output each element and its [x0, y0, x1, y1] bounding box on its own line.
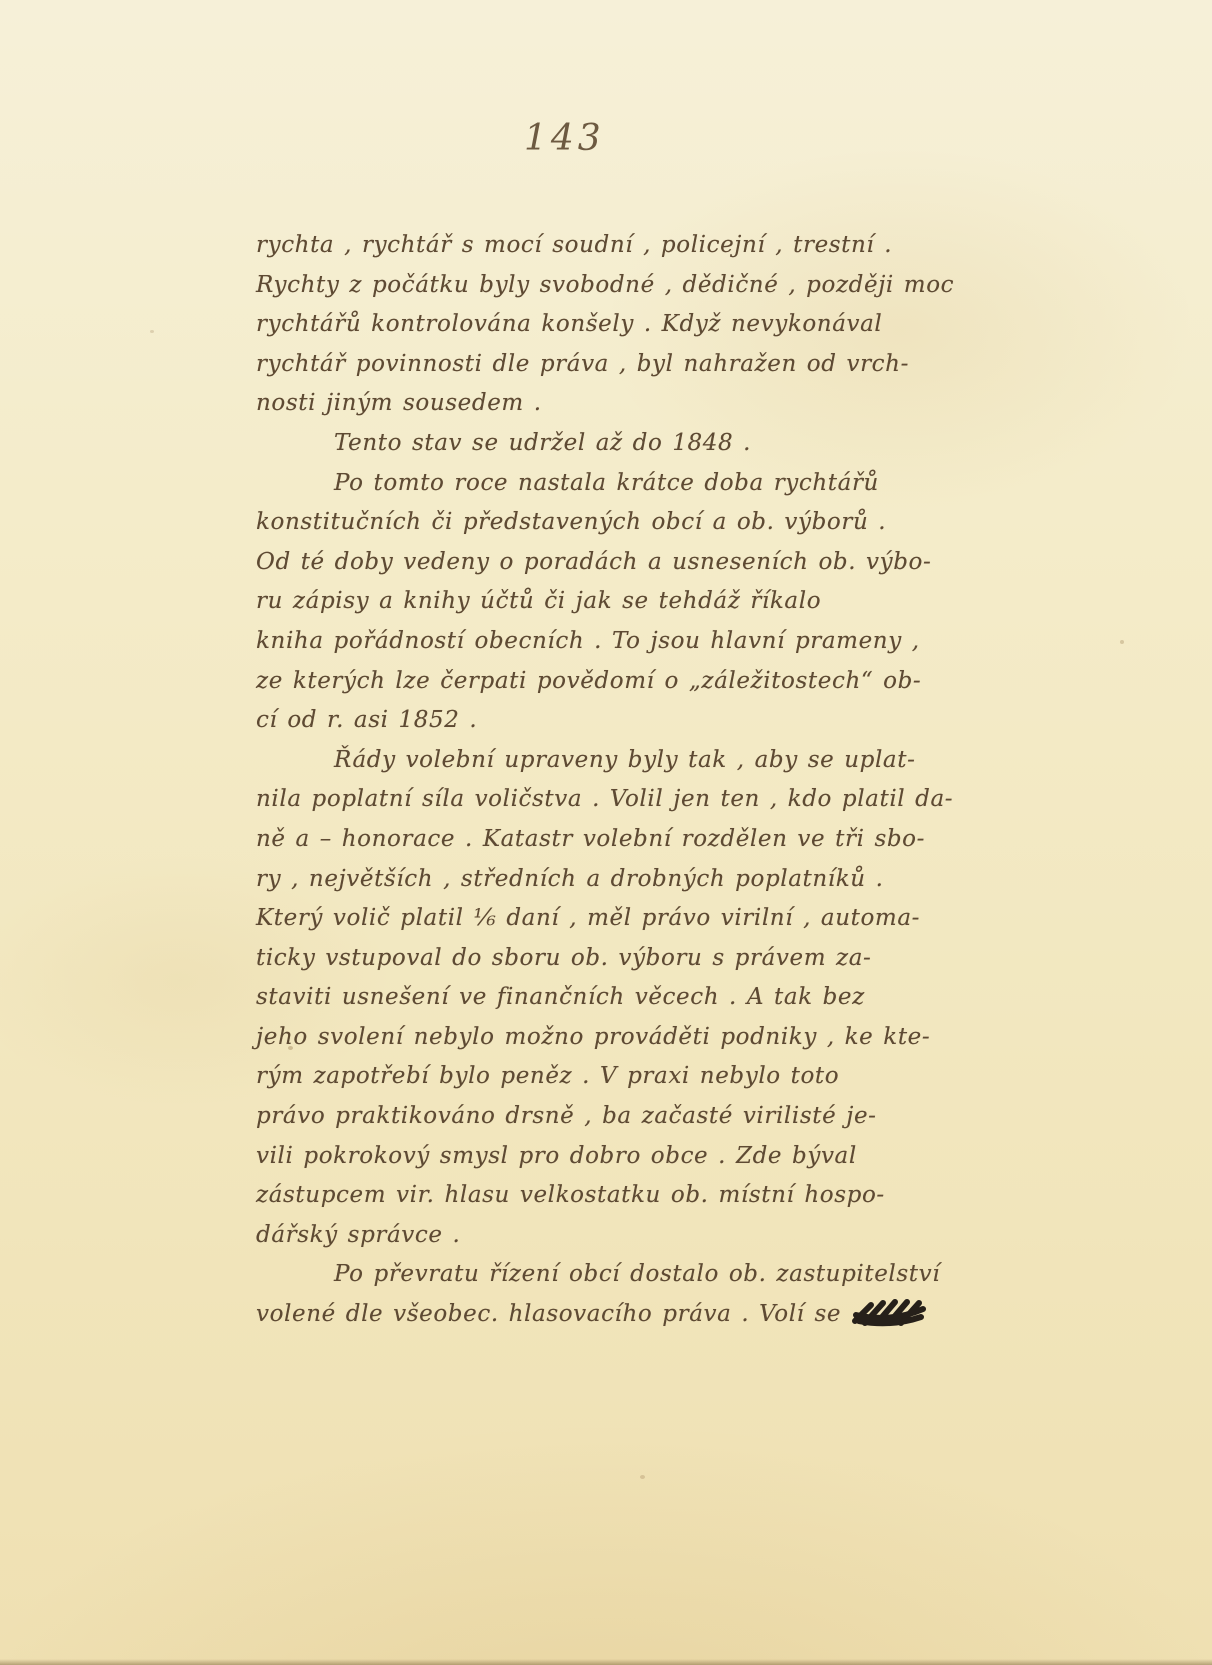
text-line: nila poplatní síla voličstva . Volil jen… — [256, 780, 956, 820]
text-line: Řády volební upraveny byly tak , aby se … — [256, 741, 956, 781]
text-line: ně a – honorace . Katastr volební rozděl… — [256, 820, 956, 860]
text-line: cí od r. asi 1852 . — [256, 701, 956, 741]
text-line: dářský správce . — [256, 1216, 956, 1256]
text-line: kniha pořádností obecních . To jsou hlav… — [256, 622, 956, 662]
text-line: Tento stav se udržel až do 1848 . — [256, 424, 956, 464]
text-line: ry , největších , středních a drobných p… — [256, 860, 956, 900]
text-line: ru zápisy a knihy účtů či jak se tehdáž … — [256, 582, 956, 622]
text-line: rým zapotřebí bylo peněz . V praxi nebyl… — [256, 1057, 956, 1097]
scanned-page: 143 rychta , rychtář s mocí soudní , pol… — [0, 0, 1212, 1665]
text-line: nosti jiným sousedem . — [256, 384, 956, 424]
text-line: jeho svolení nebylo možno prováděti podn… — [256, 1018, 956, 1058]
text-line: zástupcem vir. hlasu velkostatku ob. mís… — [256, 1176, 956, 1216]
text-line: Rychty z počátku byly svobodné , dědičné… — [256, 266, 956, 306]
scribbled-out-word — [851, 1297, 929, 1327]
text-line: staviti usnešení ve finančních věcech . … — [256, 978, 956, 1018]
text-line: rychta , rychtář s mocí soudní , policej… — [256, 226, 956, 266]
text-line: Který volič platil ⅙ daní , měl právo vi… — [256, 899, 956, 939]
handwritten-text-block: rychta , rychtář s mocí soudní , policej… — [256, 226, 956, 1335]
text-line: rychtářů kontrolována konšely . Když nev… — [256, 305, 956, 345]
text-line: Po tomto roce nastala krátce doba rychtá… — [256, 464, 956, 504]
text-line: právo praktikováno drsně , ba začasté vi… — [256, 1097, 956, 1137]
text-line: ze kterých lze čerpati povědomí o „zálež… — [256, 662, 956, 702]
text-line: ticky vstupoval do sboru ob. výboru s pr… — [256, 939, 956, 979]
text-line: vili pokrokový smysl pro dobro obce . Zd… — [256, 1137, 956, 1177]
text-line: konstitučních či představených obcí a ob… — [256, 503, 956, 543]
text-line-last: volené dle všeobec. hlasovacího práva . … — [256, 1295, 956, 1335]
text-line: Od té doby vedeny o poradách a usneseníc… — [256, 543, 956, 583]
text-line: Po převratu řízení obcí dostalo ob. zast… — [256, 1255, 956, 1295]
text-line: rychtář povinnosti dle práva , byl nahra… — [256, 345, 956, 385]
paper-speck — [1120, 640, 1124, 644]
paper-speck — [640, 1475, 645, 1479]
text-line: volené dle všeobec. hlasovacího práva . … — [256, 1301, 841, 1327]
page-number: 143 — [524, 118, 605, 159]
paper-speck — [150, 330, 154, 333]
